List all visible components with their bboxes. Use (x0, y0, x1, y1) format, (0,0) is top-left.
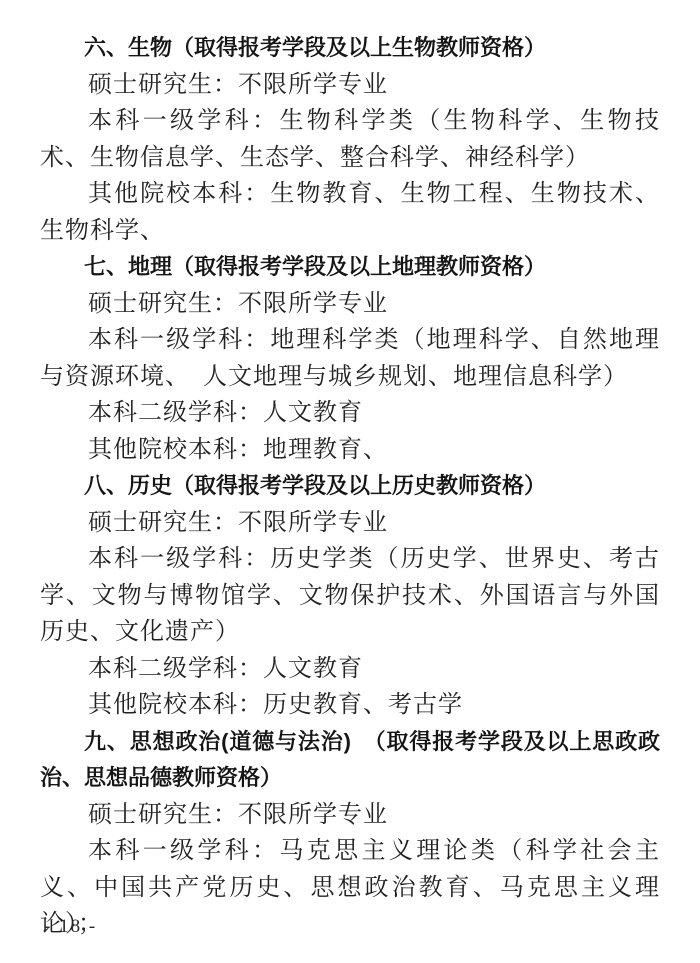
section-geography-heading: 七、地理（取得报考学段及以上地理教师资格） (40, 249, 660, 286)
geography-bachelor-second-level-requirement: 本科二级学科：人文教育 (40, 395, 660, 432)
geography-bachelor-first-level-requirement: 本科一级学科：地理科学类（地理科学、自然地理与资源环境、 人文地理与城乡规划、地… (40, 322, 660, 395)
section-politics-heading: 九、思想政治(道德与法治) （取得报考学段及以上思政政治、思想品德教师资格） (40, 724, 660, 797)
history-other-college-requirement: 其他院校本科：历史教育、考古学 (40, 687, 660, 724)
section-biology-heading: 六、生物（取得报考学段及以上生物教师资格） (40, 30, 660, 67)
politics-masters-requirement: 硕士研究生：不限所学专业 (40, 797, 660, 834)
document-body: 六、生物（取得报考学段及以上生物教师资格） 硕士研究生：不限所学专业 本科一级学… (40, 30, 660, 943)
section-geography: 七、地理（取得报考学段及以上地理教师资格） 硕士研究生：不限所学专业 本科一级学… (40, 249, 660, 468)
history-masters-requirement: 硕士研究生：不限所学专业 (40, 505, 660, 542)
document-page: 六、生物（取得报考学段及以上生物教师资格） 硕士研究生：不限所学专业 本科一级学… (0, 0, 700, 963)
history-bachelor-first-level-requirement: 本科一级学科：历史学类（历史学、世界史、考古学、文物与博物馆学、文物保护技术、外… (40, 541, 660, 651)
section-history: 八、历史（取得报考学段及以上历史教师资格） 硕士研究生：不限所学专业 本科一级学… (40, 468, 660, 724)
biology-other-college-requirement: 其他院校本科：生物教育、生物工程、生物技术、生物科学、 (40, 176, 660, 249)
biology-bachelor-first-level-requirement: 本科一级学科：生物科学类（生物科学、生物技术、生物信息学、生态学、整合科学、神经… (40, 103, 660, 176)
geography-masters-requirement: 硕士研究生：不限所学专业 (40, 286, 660, 323)
history-bachelor-second-level-requirement: 本科二级学科：人文教育 (40, 651, 660, 688)
section-politics: 九、思想政治(道德与法治) （取得报考学段及以上思政政治、思想品德教师资格） 硕… (40, 724, 660, 943)
section-history-heading: 八、历史（取得报考学段及以上历史教师资格） (40, 468, 660, 505)
page-number: - 18 - (44, 916, 97, 938)
geography-other-college-requirement: 其他院校本科：地理教育、 (40, 432, 660, 469)
section-biology: 六、生物（取得报考学段及以上生物教师资格） 硕士研究生：不限所学专业 本科一级学… (40, 30, 660, 249)
biology-masters-requirement: 硕士研究生：不限所学专业 (40, 67, 660, 104)
politics-bachelor-first-level-requirement: 本科一级学科：马克思主义理论类（科学社会主义、中国共产党历史、思想政治教育、马克… (40, 833, 660, 943)
